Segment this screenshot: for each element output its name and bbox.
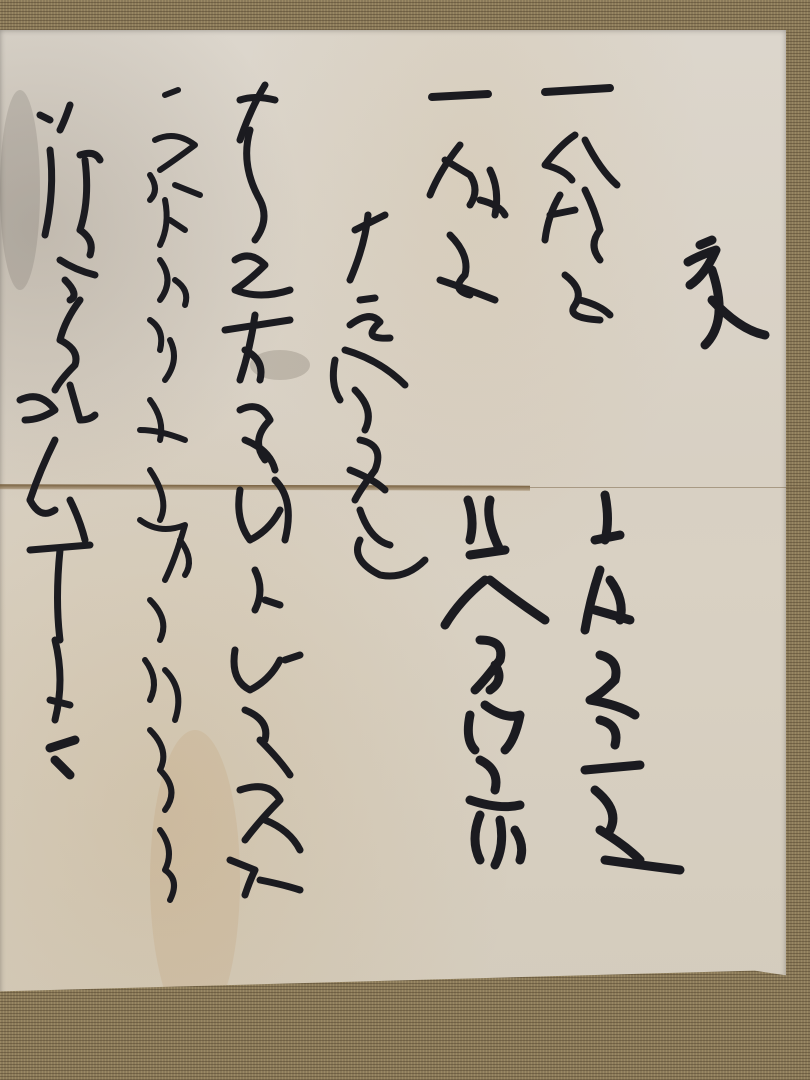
column-7: [20, 105, 100, 775]
column-6: [140, 90, 200, 900]
column-5: [225, 85, 300, 895]
calligraphy-ink-layer: [0, 0, 810, 1080]
column-2: [545, 88, 617, 320]
heading-glyph: [688, 240, 765, 345]
column-9-addressee: [445, 500, 545, 865]
column-4: [333, 215, 425, 576]
column-8-signature: [585, 495, 680, 870]
column-3: [430, 94, 505, 300]
